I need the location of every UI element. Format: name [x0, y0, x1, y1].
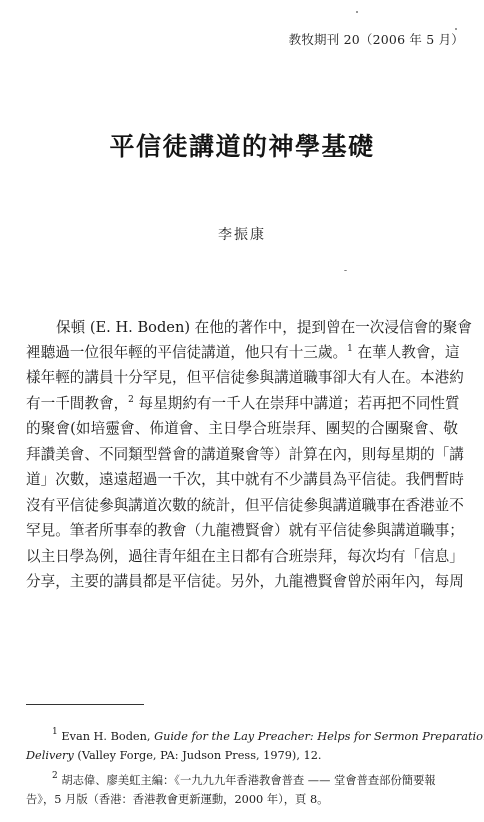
footnote-1-line1: 1 Evan H. Boden, Guide for the Lay Preac…	[52, 728, 458, 745]
footnote-author: Evan H. Boden,	[61, 730, 154, 743]
body-text-span: 在華人教會，這	[353, 344, 460, 361]
body-line: 樣年輕的講員十分罕見，但平信徒參與講道職事卻大有人在。本港約	[26, 368, 458, 388]
body-line: 道」次數，遠遠超過一千次，其中就有不少講員為平信徒。我們暫時	[26, 470, 458, 490]
article-author: 李振康	[0, 224, 484, 244]
body-line: 以主日學為例，過往青年組在主日都有合班崇拜，每次均有「信息」	[26, 547, 458, 567]
body-text-span: 有一千間教會，	[26, 395, 128, 412]
footnote-book-title: Delivery	[26, 749, 74, 762]
footnote-number: 1	[52, 727, 58, 737]
footnote-2-line1: 2 胡志偉、廖美虹主編：《一九九九年香港教會普查 —— 堂會普查部份簡要報	[52, 772, 458, 789]
body-line: 有一千間教會，2 每星期約有一千人在崇拜中講道；若再把不同性質	[26, 394, 458, 414]
body-line: 保頓 (E. H. Boden) 在他的著作中，提到曾在一次浸信會的聚會	[56, 318, 458, 338]
body-line: 沒有平信徒參與講道次數的統計，但平信徒參與講道職事在香港並不	[26, 496, 458, 516]
footnote-2-line2: 告》，5 月版（香港：香港教會更新運動，2000 年），頁 8。	[26, 791, 458, 808]
footnote-text: 胡志偉、廖美虹主編：《一九九九年香港教會普查 —— 堂會普查部份簡要報	[61, 774, 435, 787]
article-title: 平信徒講道的神學基礎	[0, 127, 484, 163]
footnote-number: 2	[52, 771, 58, 781]
body-line: 罕見。筆者所事奉的教會（九龍禮賢會）就有平信徒參與講道職事；	[26, 521, 458, 541]
body-text-span: 裡聽過一位很年輕的平信徒講道，他只有十三歲。	[26, 344, 347, 361]
scan-speck	[344, 270, 347, 271]
footnote-1-line2: Delivery (Valley Forge, PA: Judson Press…	[26, 747, 458, 764]
body-line: 拜讚美會、不同類型營會的講道聚會等）計算在內，則每星期的「講	[26, 445, 458, 465]
body-line: 的聚會(如培靈會、佈道會、主日學合班崇拜、團契的合團聚會、敬	[26, 419, 458, 439]
footnote-separator	[26, 704, 144, 705]
footnote-book-title: Guide for the Lay Preacher: Helps for Se…	[154, 730, 484, 743]
body-text-span: 每星期約有一千人在崇拜中講道；若再把不同性質	[134, 395, 460, 412]
footnote-publication: (Valley Forge, PA: Judson Press, 1979), …	[74, 749, 322, 762]
body-line: 裡聽過一位很年輕的平信徒講道，他只有十三歲。1 在華人教會，這	[26, 343, 458, 363]
running-head: 教牧期刊 20（2006 年 5 月）	[289, 30, 464, 48]
body-line: 分享，主要的講員都是平信徒。另外，九龍禮賢會曾於兩年內，每周	[26, 572, 458, 592]
scan-speck	[356, 11, 358, 13]
